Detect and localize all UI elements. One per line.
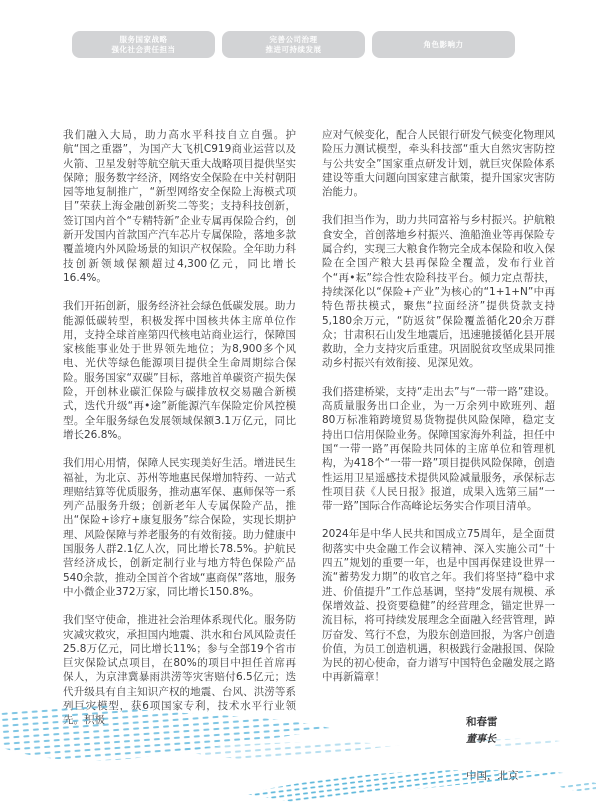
tab-national-strategy: 服务国家战略 强化社会责任担当 [72, 31, 215, 58]
tab-corporate-governance: 完善公司治理 推进可持续发展 [222, 31, 365, 58]
tab-role-influence: 角色影响力 [372, 31, 515, 58]
tab-label-line2: 推进可持续发展 [266, 45, 322, 55]
letter-paragraph: 我们用心用情，保障人民实现美好生活。增进民生福祉，为北京、苏州等地惠民保增加特药… [63, 456, 296, 599]
section-tabs: 服务国家战略 强化社会责任担当 完善公司治理 推进可持续发展 角色影响力 09 [72, 31, 582, 58]
halftone-wave-decoration [0, 689, 596, 809]
letter-body: 我们融入大局，助力高水平科技自立自强。护航“国之重器”，为国产大飞机C919商业… [63, 128, 555, 783]
tab-label-line2: 强化社会责任担当 [112, 45, 176, 55]
letter-paragraph: 我们融入大局，助力高水平科技自立自强。护航“国之重器”，为国产大飞机C919商业… [63, 128, 296, 285]
letter-paragraph: 2024年是中华人民共和国成立75周年，是全面贯彻落实中央金融工作会议精神、深入… [322, 527, 555, 684]
tab-label-line1: 完善公司治理 [270, 35, 318, 45]
left-column: 我们融入大局，助力高水平科技自立自强。护航“国之重器”，为国产大飞机C919商业… [63, 128, 296, 783]
report-page: 服务国家战略 强化社会责任担当 完善公司治理 推进可持续发展 角色影响力 09 … [0, 0, 596, 809]
tab-label-line1: 服务国家战略 [120, 35, 168, 45]
letter-paragraph: 应对气候变化，配合人民银行研发气候变化物理风险压力测试模型，牵头科技部“重大自然… [322, 128, 555, 199]
letter-paragraph: 我们开拓创新，服务经济社会绿色低碳发展。助力能源低碳转型，积极发挥中国核共体主席… [63, 299, 296, 442]
letter-paragraph: 我们担当作为，助力共同富裕与乡村振兴。护航粮食安全，首创落地乡村振兴、渔船渔业等… [322, 213, 555, 370]
right-column: 应对气候变化，配合人民银行研发气候变化物理风险压力测试模型，牵头科技部“重大自然… [322, 128, 555, 783]
tab-label-line1: 角色影响力 [424, 40, 464, 50]
letter-paragraph: 我们搭建桥梁，支持“走出去”与“一带一路”建设。高质量服务出口企业，为一万余列中… [322, 385, 555, 514]
